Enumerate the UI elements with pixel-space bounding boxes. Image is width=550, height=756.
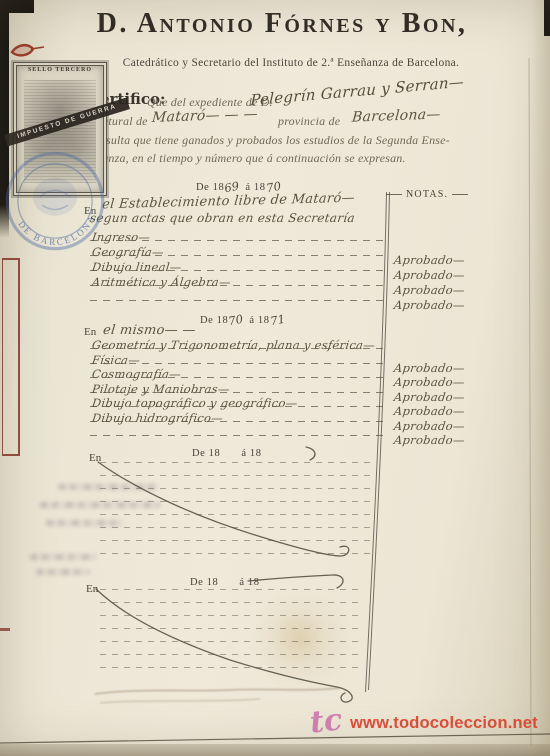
year-from-handwritten: 70 (227, 312, 244, 328)
table-row: Aprobado— (88, 423, 550, 438)
note-text: Aprobado— (393, 298, 466, 312)
scan-edge-top-left (0, 0, 34, 13)
dashed-line (100, 475, 370, 476)
year-from-handwritten: 69 (223, 179, 240, 195)
printed-provincia-de: provincia de (278, 114, 340, 129)
table-row: Geografía— Aprobado— (88, 243, 550, 258)
location-line: el Establecimiento libre de Mataró— (101, 191, 355, 213)
table-row: Dibujo topográfico y geográfico— Aprobad… (88, 394, 550, 409)
note-text: Aprobado— (393, 433, 466, 447)
institute-round-seal-icon: DE BARCELONA (2, 148, 108, 254)
red-ink-bracket (2, 258, 20, 456)
table-row: Aprobado— (88, 288, 550, 303)
bottom-fold-line (0, 734, 550, 743)
dashed-line (100, 654, 360, 655)
year-range-3: De 18á 18 (192, 443, 277, 461)
printed-dash (386, 194, 402, 195)
page-fold-bottom-shade (0, 744, 550, 756)
dashed-leader (90, 300, 384, 301)
year-to-blank (260, 585, 275, 588)
printed-a18: á 18 (249, 315, 269, 326)
year-from-blank (221, 456, 236, 459)
page-subtitle: Catedrático y Secretario del Instituto d… (40, 57, 542, 69)
table-row: Dibujo lineal— Aprobado— (88, 258, 550, 273)
year-range-4: De 18á 18 (190, 572, 275, 590)
printed-de18: De 18 (196, 182, 224, 193)
dashed-leader (90, 435, 384, 436)
subject-text: Dibujo lineal— (91, 260, 182, 274)
dashed-line (100, 527, 370, 528)
body-line-1: resulta que tiene ganados y probados los… (96, 133, 450, 148)
ink-showthrough (36, 569, 90, 575)
stamp-banner-text: SELLO TERCERO (17, 67, 103, 73)
table-row: Ingreso— (88, 228, 550, 243)
body-line-2: ñanza, en el tiempo y número que á conti… (96, 151, 406, 166)
table-row: Aritmética y Álgebra— Aprobado— (88, 273, 550, 288)
year-to-handwritten: 71 (269, 312, 286, 328)
table-row: Geometría y Trigonometría, plana y esfér… (88, 336, 550, 351)
scan-edge-top-right (544, 0, 550, 36)
printed-a18: á 18 (239, 577, 259, 588)
printed-a18: á 18 (245, 182, 265, 193)
table-row: Cosmografía— Aprobado— (88, 365, 550, 380)
table-row: Dibujo hidrográfico— Aprobado— (88, 409, 550, 424)
subject-text: Aritmética y Álgebra— (91, 275, 232, 289)
dashed-line (100, 462, 370, 463)
table-row: Física— Aprobado— (88, 351, 550, 366)
dashed-line (100, 501, 370, 502)
printed-de18: De 18 (192, 448, 220, 459)
notas-column-header: NOTAS. (386, 189, 496, 200)
red-thread-icon (12, 45, 44, 55)
blank-dashed-lines-4 (100, 589, 360, 684)
dashed-line (100, 615, 360, 616)
printed-a18: á 18 (241, 448, 261, 459)
blank-dashed-lines-3 (100, 462, 370, 572)
province: Barcelona— (351, 106, 441, 125)
birthplace: Mataró— — — (151, 106, 258, 126)
notas-label: NOTAS. (406, 189, 448, 200)
scanned-certificate-page: D. Antonio Fórnes y Bon, Catedrático y S… (0, 0, 550, 756)
printed-dash (452, 194, 468, 195)
dashed-line (100, 589, 360, 590)
dashed-line (100, 488, 370, 489)
student-name: Pelegrín Garrau y Serran— (250, 73, 464, 110)
dashed-line (100, 540, 370, 541)
ink-showthrough (30, 554, 96, 560)
location-line: segun actas que obran en esta Secretaría (89, 211, 356, 225)
dashed-line (100, 628, 360, 629)
dashed-line (100, 553, 370, 554)
red-ink-mark (0, 628, 10, 631)
table-row: Pilotaje y Maniobras— Aprobado— (88, 380, 550, 395)
printed-de18: De 18 (200, 315, 228, 326)
dashed-line (100, 667, 360, 668)
printed-en-label: En (86, 583, 98, 595)
year-range-2: De 1870á 1871 (200, 310, 285, 328)
page-title: D. Antonio Fórnes y Bon, (0, 8, 550, 40)
watermark-url-text: www.todocoleccion.net (350, 714, 538, 733)
dashed-line (100, 602, 360, 603)
todocoleccion-logo: tc (308, 702, 344, 740)
year-from-blank (219, 585, 234, 588)
printed-de18: De 18 (190, 577, 218, 588)
dashed-line (100, 641, 360, 642)
dashed-line (100, 514, 370, 515)
year-to-blank (262, 456, 277, 459)
